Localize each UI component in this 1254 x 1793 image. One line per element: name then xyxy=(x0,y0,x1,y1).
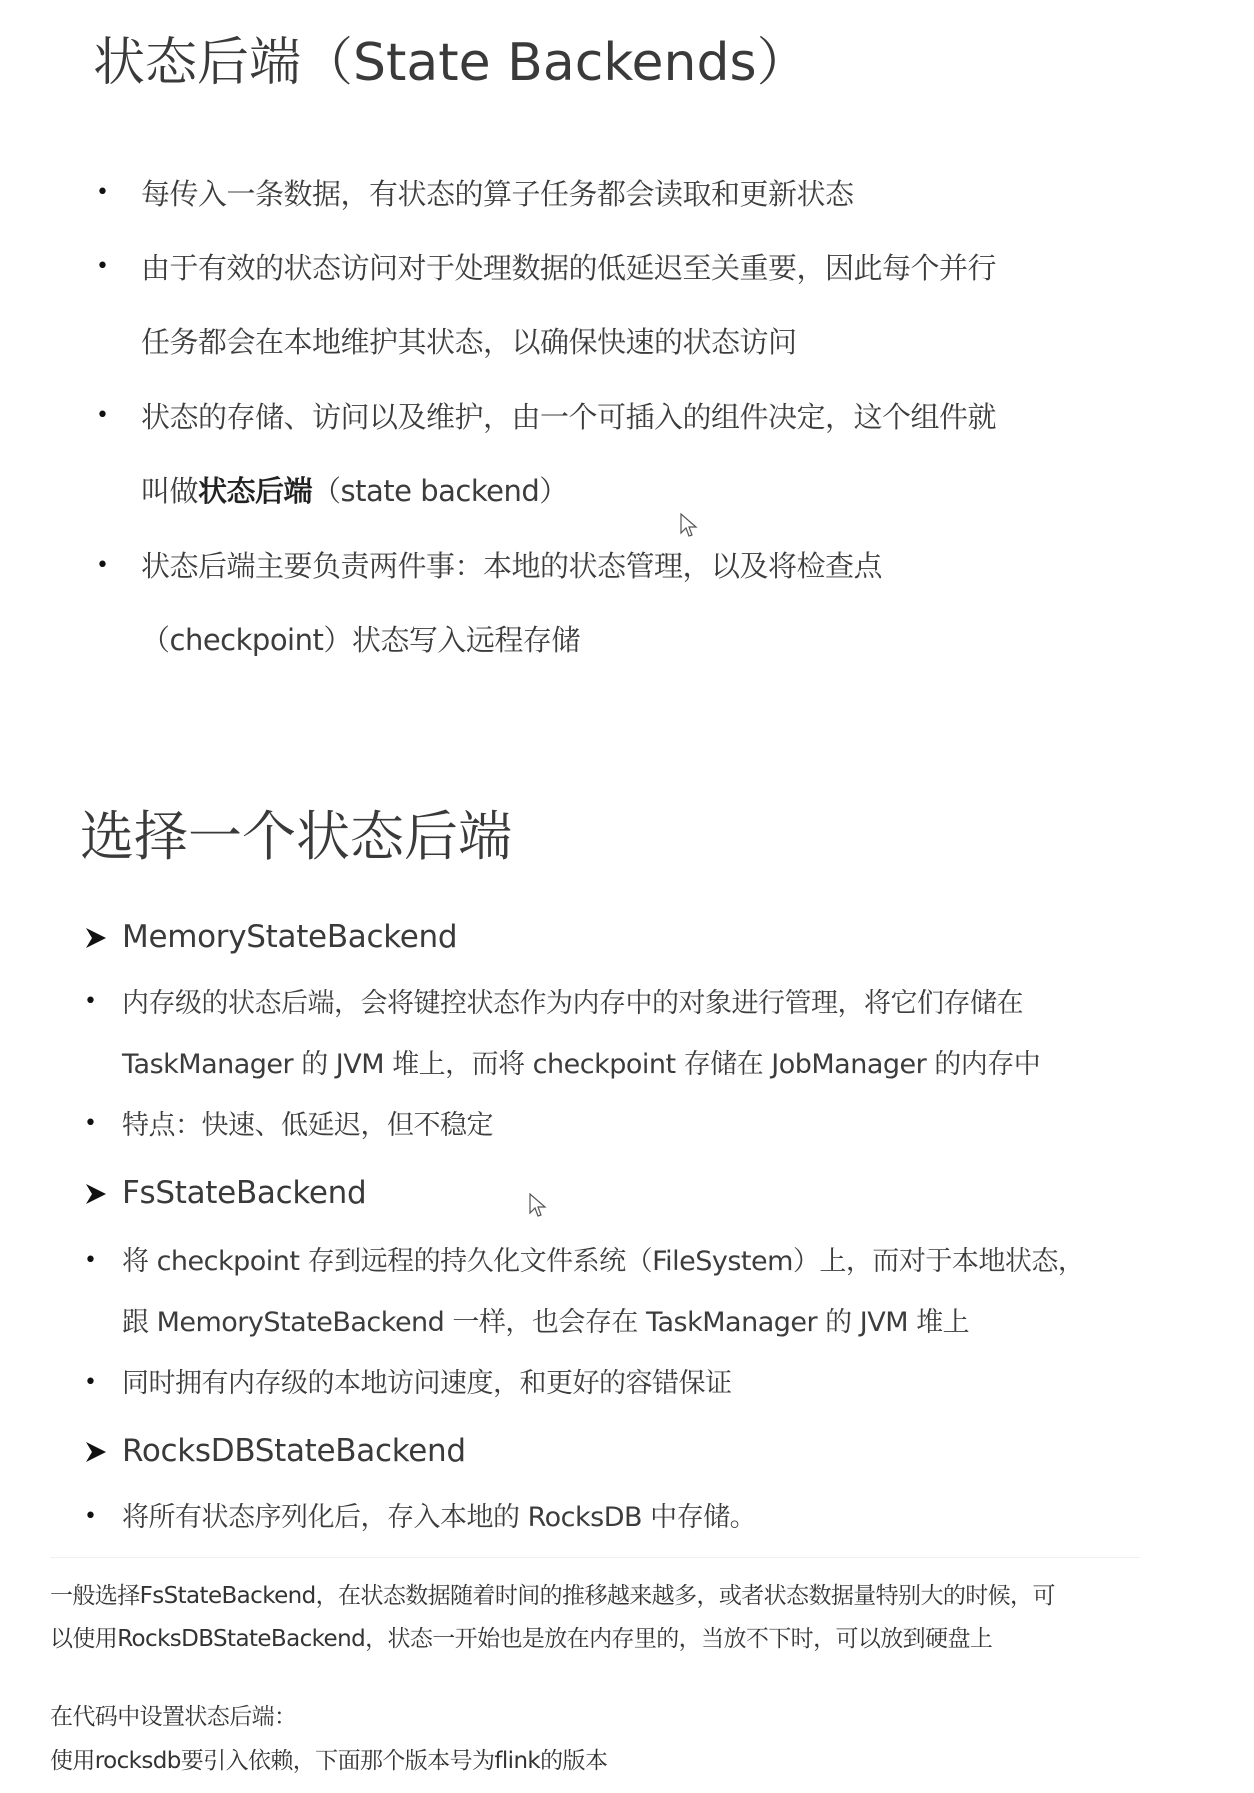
bullet-text: 特点：快速、低延迟，但不稳定 xyxy=(122,1112,493,1139)
section-title-state-backends: 状态后端（State Backends） xyxy=(93,37,809,89)
bullet-icon: • xyxy=(84,991,97,1013)
mouse-cursor-icon xyxy=(529,1193,547,1219)
bullet-text: 将所有状态序列化后，存入本地的 RocksDB 中存储。 xyxy=(122,1504,756,1531)
bullet-icon: • xyxy=(84,1506,97,1528)
bold-term-state-backend: 状态后端 xyxy=(198,474,312,508)
dependency-note: 使用rocksdb要引入依赖，下面那个版本号为flink的版本 xyxy=(50,1750,607,1773)
text-prefix: 叫做 xyxy=(141,474,198,508)
bullet-icon: • xyxy=(96,405,109,427)
bullet-icon: • xyxy=(96,256,109,278)
arrow-bullet-icon xyxy=(85,1182,107,1206)
bullet-icon: • xyxy=(84,1113,97,1135)
divider xyxy=(50,1557,1140,1558)
backend-name-memory: MemoryStateBackend xyxy=(122,922,457,953)
bullet-text-continued: （checkpoint）状态写入远程存储 xyxy=(141,626,580,655)
bullet-icon: • xyxy=(96,182,109,204)
text-suffix: （state backend） xyxy=(312,474,568,508)
note-paragraph-line: 以使用RocksDBStateBackend，状态一开始也是放在内存里的，当放不… xyxy=(50,1628,992,1651)
bullet-text: 同时拥有内存级的本地访问速度，和更好的容错保证 xyxy=(122,1370,732,1397)
bullet-text-continued: TaskManager 的 JVM 堆上，而将 checkpoint 存储在 J… xyxy=(122,1051,1040,1078)
bullet-text: 状态的存储、访问以及维护，由一个可插入的组件决定，这个组件就 xyxy=(141,403,996,432)
backend-name-rocksdb: RocksDBStateBackend xyxy=(122,1436,466,1467)
bullet-text: 由于有效的状态访问对于处理数据的低延迟至关重要，因此每个并行 xyxy=(141,254,996,283)
bullet-text: 将 checkpoint 存到远程的持久化文件系统（FileSystem）上，而… xyxy=(122,1248,1084,1275)
bullet-text: 内存级的状态后端，会将键控状态作为内存中的对象进行管理，将它们存储在 xyxy=(122,990,1023,1017)
bullet-text: 状态后端主要负责两件事：本地的状态管理，以及将检查点 xyxy=(141,552,882,581)
bullet-text: 每传入一条数据，有状态的算子任务都会读取和更新状态 xyxy=(141,180,854,209)
mouse-cursor-icon xyxy=(680,513,698,539)
arrow-bullet-icon xyxy=(85,1440,107,1464)
bullet-text-continued: 任务都会在本地维护其状态，以确保快速的状态访问 xyxy=(141,328,797,357)
arrow-bullet-icon xyxy=(85,926,107,950)
section-title-choose-backend: 选择一个状态后端 xyxy=(80,810,512,864)
bullet-icon: • xyxy=(96,555,109,577)
bullet-text-continued: 跟 MemoryStateBackend 一样，也会存在 TaskManager… xyxy=(122,1309,969,1336)
note-paragraph-line: 一般选择FsStateBackend，在状态数据随着时间的推移越来越多，或者状态… xyxy=(50,1585,1055,1608)
bullet-text-continued: 叫做状态后端（state backend） xyxy=(141,477,568,506)
backend-name-fs: FsStateBackend xyxy=(122,1178,366,1209)
bullet-icon: • xyxy=(84,1372,97,1394)
code-heading: 在代码中设置状态后端： xyxy=(50,1706,296,1729)
bullet-icon: • xyxy=(84,1250,97,1272)
